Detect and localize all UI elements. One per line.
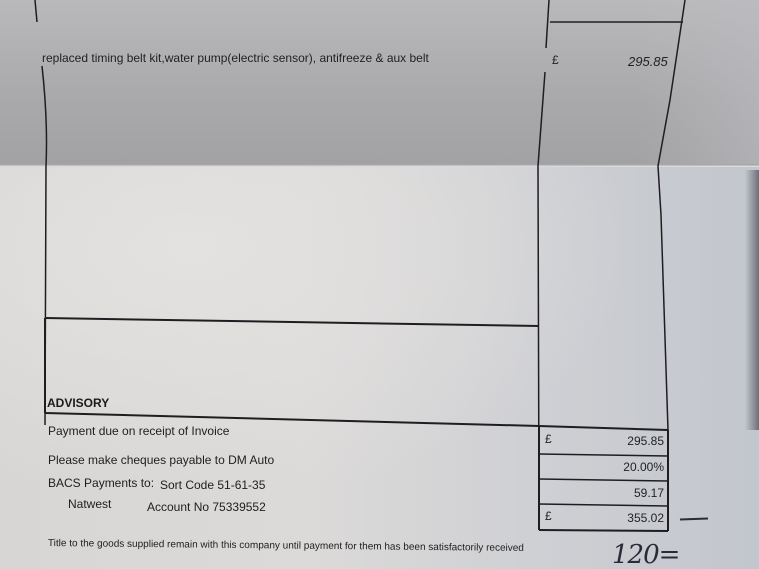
- line-item-description: replaced timing belt kit,water pump(elec…: [42, 51, 429, 65]
- line-item-amount: 295.85: [628, 54, 668, 69]
- bacs-label: BACS Payments to:: [48, 476, 154, 490]
- total-cell: £ 355.02: [540, 506, 668, 530]
- payment-due-note: Payment due on receipt of Invoice: [48, 424, 229, 438]
- subtotal-value: 295.85: [627, 434, 664, 448]
- total-value: 355.02: [627, 511, 664, 525]
- subtotal-cell: £ 295.85: [540, 429, 668, 453]
- account-number: Account No 75339552: [147, 500, 266, 514]
- vat-rate-cell: 20.00%: [540, 455, 668, 479]
- handwritten-note: 120=: [612, 540, 679, 569]
- vat-amount-cell: 59.17: [540, 481, 668, 505]
- subtotal-currency: £: [545, 432, 552, 446]
- line-item-currency: £: [552, 53, 559, 67]
- advisory-heading: ADVISORY: [47, 396, 109, 410]
- vat-amount-value: 59.17: [634, 486, 664, 500]
- cheques-note: Please make cheques payable to DM Auto: [48, 453, 274, 467]
- vat-rate-value: 20.00%: [623, 460, 664, 474]
- sort-code: Sort Code 51-61-35: [160, 478, 265, 492]
- total-currency: £: [545, 509, 552, 523]
- bank-name: Natwest: [68, 497, 111, 511]
